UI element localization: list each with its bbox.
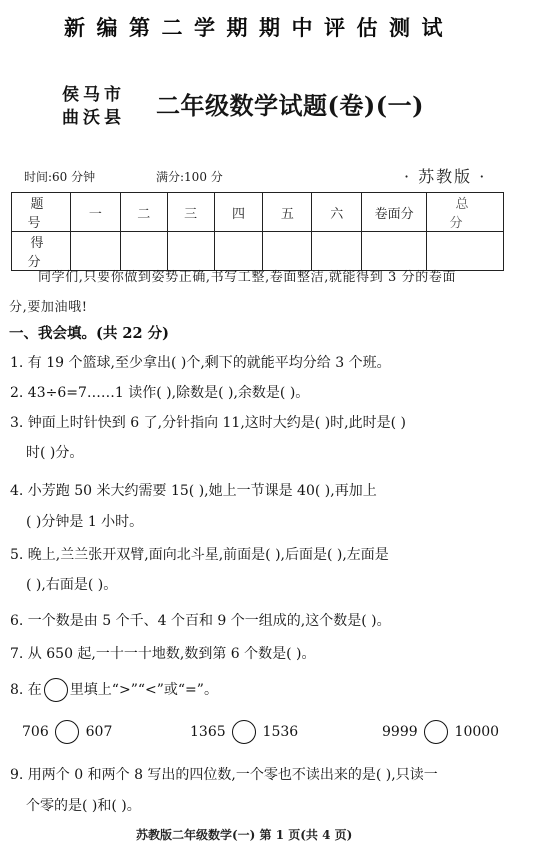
question-5: 5. 晚上,兰兰张开双臂,面向北斗星,前面是( ),后面是( ),左面是: [10, 544, 389, 564]
score-cell[interactable]: [427, 232, 504, 271]
comparison-item: 9999 10000: [382, 720, 499, 744]
comparison-item: 1365 1536: [190, 720, 298, 744]
comparison-left: 9999: [382, 724, 418, 740]
score-cell[interactable]: [120, 232, 167, 271]
question-9-cont: 个零的是( )和( )。: [26, 795, 141, 815]
comparison-right: 10000: [455, 724, 500, 740]
section-heading: 一、我会填。(共 22 分): [9, 322, 169, 343]
score-cell[interactable]: [214, 232, 263, 271]
score-table: 题 号 一 二 三 四 五 六 卷面分 总 分 得 分: [11, 192, 504, 271]
score-cell[interactable]: [70, 232, 120, 271]
table-cell-header: 一: [70, 193, 120, 232]
table-cell-header: 五: [263, 193, 312, 232]
score-cell[interactable]: [312, 232, 362, 271]
comparison-item: 706 607: [22, 720, 112, 744]
comparison-right: 607: [86, 724, 113, 740]
circle-icon: [44, 678, 68, 702]
question-7: 7. 从 650 起,一十一十地数,数到第 6 个数是( )。: [10, 643, 316, 663]
table-cell-header: 二: [120, 193, 167, 232]
question-6: 6. 一个数是由 5 个千、4 个百和 9 个一组成的,这个数是( )。: [10, 610, 391, 630]
question-9: 9. 用两个 0 和两个 8 写出的四位数,一个零也不读出来的是( ),只读一: [10, 764, 438, 784]
score-cell[interactable]: [362, 232, 427, 271]
comparison-circle[interactable]: [232, 720, 256, 744]
question-1: 1. 有 19 个篮球,至少拿出( )个,剩下的就能平均分给 3 个班。: [10, 352, 391, 372]
page-footer: 苏教版二年级数学(一) 第 1 页(共 4 页): [136, 826, 352, 843]
series-title: 新编第二学期期中评估测试: [64, 12, 454, 42]
table-cell-header: 卷面分: [362, 193, 427, 232]
comparison-left: 1365: [190, 724, 226, 740]
table-row-scores: 得 分: [12, 232, 504, 271]
question-8-suffix: 里填上“>”“<”或“=”。: [70, 682, 218, 698]
table-cell-header: 总 分: [427, 193, 504, 232]
comparison-circle[interactable]: [55, 720, 79, 744]
comparison-right: 1536: [263, 724, 299, 740]
question-4-cont: ( )分钟是 1 小时。: [26, 511, 143, 531]
question-3-cont: 时( )分。: [26, 442, 83, 462]
comparison-left: 706: [22, 724, 49, 740]
table-cell-header: 三: [167, 193, 214, 232]
table-row-question-numbers: 题 号 一 二 三 四 五 六 卷面分 总 分: [12, 193, 504, 232]
question-8-prefix: 8. 在: [10, 682, 42, 698]
exam-title: 二年级数学试题(卷)(一): [156, 86, 424, 121]
table-cell-header: 六: [312, 193, 362, 232]
intro-text: 分,要加油哦!: [9, 296, 88, 315]
edition-label: · 苏教版 ·: [404, 164, 486, 187]
question-5-cont: ( ),右面是( )。: [26, 574, 117, 594]
region-name: 曲沃县: [62, 103, 125, 128]
table-cell-row-label: 得 分: [12, 232, 71, 271]
full-score-label: 满分:100 分: [156, 168, 223, 185]
intro-text: 同学们,只要你做到姿势正确,书写工整,卷面整洁,就能得到 3 分的卷面: [38, 266, 456, 285]
score-cell[interactable]: [167, 232, 214, 271]
region-name: 侯马市: [62, 80, 125, 105]
comparison-circle[interactable]: [424, 720, 448, 744]
score-cell[interactable]: [263, 232, 312, 271]
table-cell-header: 题 号: [12, 193, 71, 232]
question-2: 2. 43÷6=7……1 读作( ),除数是( ),余数是( )。: [10, 382, 309, 402]
question-3: 3. 钟面上时针快到 6 了,分针指向 11,这时大约是( )时,此时是( ): [10, 412, 406, 432]
time-label: 时间:60 分钟: [24, 168, 95, 185]
question-8: 8. 在里填上“>”“<”或“=”。: [10, 678, 218, 702]
question-4: 4. 小芳跑 50 米大约需要 15( ),她上一节课是 40( ),再加上: [10, 480, 377, 500]
table-cell-header: 四: [214, 193, 263, 232]
